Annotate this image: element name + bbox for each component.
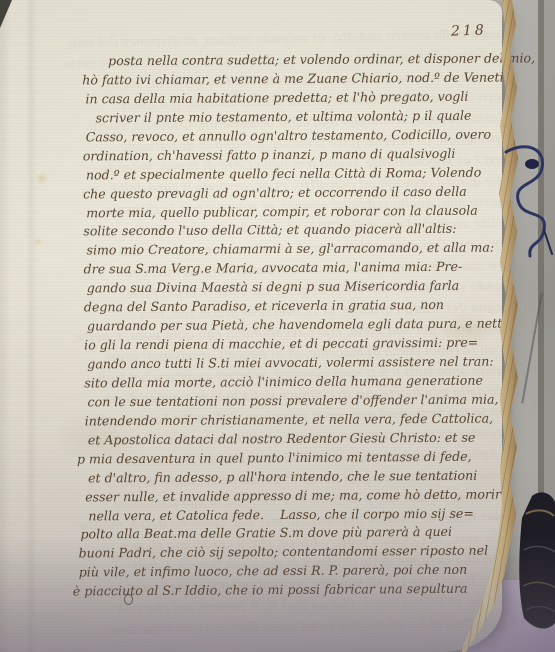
manuscript-line: che questo prevagli ad ogn'altro; et occ… xyxy=(83,182,487,204)
manuscript-photo: posta nella contra sudetta; et volendo o… xyxy=(0,0,555,652)
manuscript-page: posta nella contra sudetta; et volendo o… xyxy=(0,0,502,652)
manuscript-line: è piacciuto al S.r Iddio, che io mi poss… xyxy=(73,580,490,602)
binding-thread xyxy=(498,142,555,270)
manuscript-line: con le sue tentationi non possi prevaler… xyxy=(87,390,488,412)
manuscript-line: et Apostolica dataci dal nostro Redentor… xyxy=(88,428,489,450)
manuscript-text: posta nella contra sudetta; et volendo o… xyxy=(82,50,490,602)
manuscript-line: et d'altro, fin adesso, p all'hora inten… xyxy=(88,466,489,488)
manuscript-line: in casa della mia habitatione predetta; … xyxy=(85,87,486,109)
manuscript-line: scriver il pnte mio testamento, et ultim… xyxy=(95,106,486,128)
page-number: 218 xyxy=(451,22,487,39)
manuscript-line: p mia desaventura in quel punto l'inimic… xyxy=(77,447,489,469)
ink-mark xyxy=(124,594,133,605)
manuscript-line: intendendo morir christianamente, et nel… xyxy=(85,409,489,431)
manuscript-line: Casso, revoco, et annullo ogn'altro test… xyxy=(86,125,487,147)
manuscript-line: nod.º et specialmente quello feci nella … xyxy=(86,163,487,185)
book-edge-stack xyxy=(514,490,555,634)
manuscript-line: posta nella contra sudetta; et volendo o… xyxy=(108,50,486,72)
manuscript-line: ordination, ch'havessi fatto p inanzi, p… xyxy=(83,144,487,166)
manuscript-line: esser nulle, et invalide appresso di me;… xyxy=(85,485,489,507)
